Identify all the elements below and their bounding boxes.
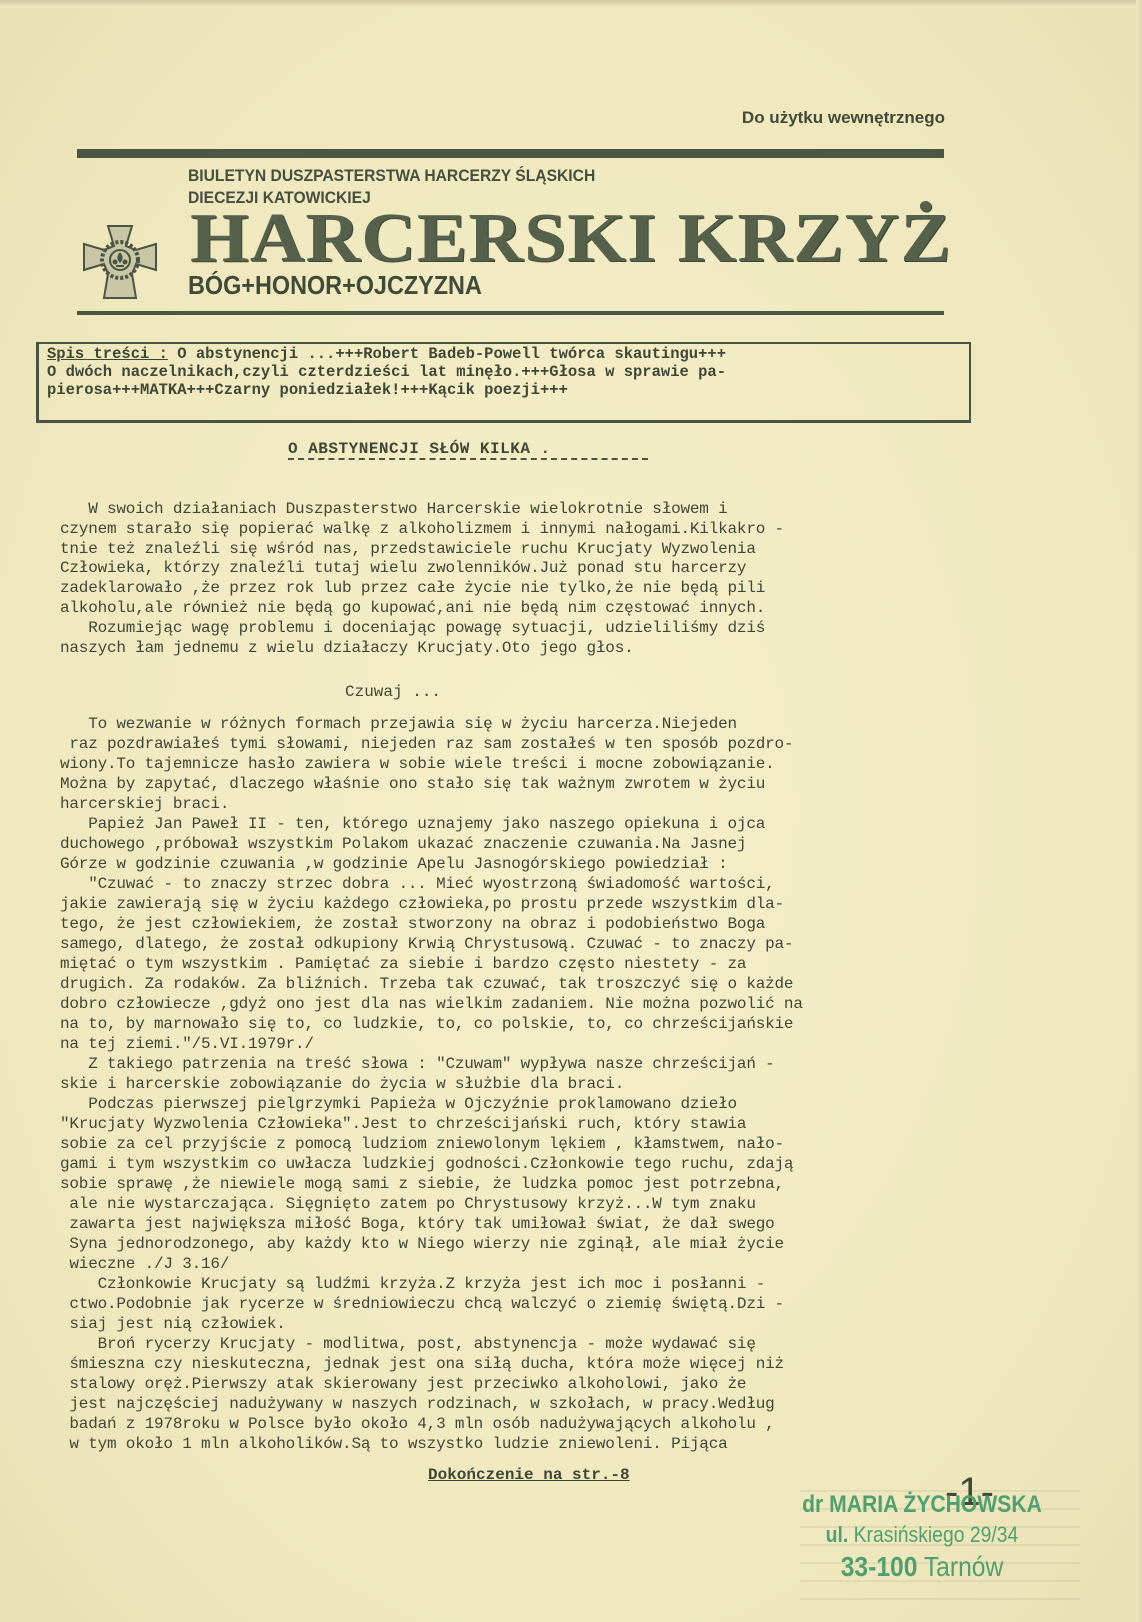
- text-line: ctwo.Podobnie jak rycerze w średniowiecz…: [60, 1294, 980, 1314]
- stamp-city: 33-100 Tarnów: [790, 1550, 1054, 1584]
- text-line: na tej ziemi."/5.VI.1979r./: [60, 1034, 980, 1054]
- text-line: wieczne ./J 3.16/: [60, 1254, 980, 1274]
- address-stamp: dr MARIA ŻYCHOWSKA ul. Krasińskiego 29/3…: [790, 1490, 1054, 1584]
- text-line: tego, że jest człowiekiem, że został stw…: [60, 914, 980, 934]
- text-line: Człowieka, którzy znaleźli tutaj wielu z…: [60, 559, 980, 579]
- text-line: Członkowie Krucjaty są ludźmi krzyża.Z k…: [60, 1274, 980, 1294]
- stamp-name: dr MARIA ŻYCHOWSKA: [790, 1490, 1054, 1520]
- stamp-street: ul. Krasińskiego 29/34: [790, 1520, 1054, 1550]
- text-line: skie i harcerskie zobowiązanie do życia …: [60, 1074, 980, 1094]
- header-rule-top: [77, 149, 944, 158]
- text-line: "Czuwać - to znaczy strzec dobra ... Mie…: [60, 874, 980, 894]
- toc-label: Spis treści :: [47, 345, 168, 363]
- stamp-street-address: Krasińskiego 29/34: [854, 1522, 1019, 1547]
- motto: BÓG+HONOR+OJCZYZNA: [188, 270, 482, 301]
- toc-line: pierosa+++MATKA+++Czarny poniedziałek!++…: [47, 381, 568, 399]
- text-line: jakie zawierają się w życiu każdego czło…: [60, 894, 980, 914]
- text-line: sobie za cel przyjście z pomocą ludziom …: [60, 1134, 980, 1154]
- text-line: badań z 1978roku w Polsce było około 4,3…: [60, 1414, 980, 1434]
- text-line: "Krucjaty Wyzwolenia Człowieka".Jest to …: [60, 1114, 980, 1134]
- text-line: siaj jest nią człowiek.: [60, 1314, 980, 1334]
- text-line: dobro człowiecze ,gdyż ono jest dla nas …: [60, 994, 980, 1014]
- table-of-contents: Spis treści : O abstynencji ...+++Robert…: [47, 345, 967, 399]
- continued-on-page-link[interactable]: Dokończenie na str.-8: [428, 1466, 630, 1484]
- text-line: wiony.To tajemnicze hasło zawiera w sobi…: [60, 754, 980, 774]
- text-line: Podczas pierwszej pielgrzymki Papieża w …: [60, 1094, 980, 1114]
- text-line: śmieszna czy nieskuteczna, jednak jest o…: [60, 1354, 980, 1374]
- text-line: raz pozdrawiałeś tymi słowami, niejeden …: [60, 734, 980, 754]
- text-line: duchowego ,próbował wszystkim Polakom uk…: [60, 834, 980, 854]
- text-line: Rozumiejąc wagę problemu i doceniając po…: [60, 619, 980, 639]
- text-line: drugich. Za rodaków. Za bliźnich. Trzeba…: [60, 974, 980, 994]
- masthead-title: HARCERSKI KRZYŻ: [190, 204, 952, 274]
- article-body: To wezwanie w różnych formach przejawia …: [60, 714, 980, 1454]
- text-line: gami i tym wszystkim co uwłacza ludzkiej…: [60, 1154, 980, 1174]
- text-line: Broń rycerzy Krucjaty - modlitwa, post, …: [60, 1334, 980, 1354]
- bulletin-line-1: BIULETYN DUSZPASTERSTWA HARCERZY ŚLĄSKIC…: [188, 166, 595, 186]
- text-line: sobie sprawę ,że niewiele mogą sami z si…: [60, 1174, 980, 1194]
- text-line: alkoholu,ale również nie będą go kupować…: [60, 599, 980, 619]
- paper-top-edge: [0, 0, 1142, 8]
- text-line: naszych łam jednemu z wielu działaczy Kr…: [60, 639, 980, 659]
- stamp-postal-code: 33-100: [841, 1551, 918, 1582]
- stamp-street-prefix: ul.: [826, 1522, 849, 1547]
- text-line: samego, dlatego, że został odkupiony Krw…: [60, 934, 980, 954]
- header-rule-bottom: [77, 311, 944, 315]
- text-line: Górze w godzinie czuwania ,w godzinie Ap…: [60, 854, 980, 874]
- text-line: czynem starało się popierać walkę z alko…: [60, 520, 980, 540]
- toc-line: O abstynencji ...+++Robert Badeb-Powell …: [168, 345, 726, 363]
- article-intro: W swoich działaniach Duszpasterstwo Harc…: [60, 500, 980, 658]
- text-line: tnie też znaleźli się wśród nas, przedst…: [60, 540, 980, 560]
- toc-line: O dwóch naczelnikach,czyli czterdzieści …: [47, 363, 726, 381]
- text-line: Z takiego patrzenia na treść słowa : "Cz…: [60, 1054, 980, 1074]
- article-title: O ABSTYNENCJI SŁÓW KILKA .: [288, 440, 551, 458]
- scout-cross-icon: [80, 222, 160, 302]
- text-line: Papież Jan Paweł II - ten, którego uznaj…: [60, 814, 980, 834]
- text-line: harcerskiej braci.: [60, 794, 980, 814]
- text-line: w tym około 1 mln alkoholików.Są to wszy…: [60, 1434, 980, 1454]
- paper-right-edge: [1136, 0, 1142, 1622]
- text-line: zadeklarowało ,że przez rok lub przez ca…: [60, 579, 980, 599]
- text-line: stalowy oręż.Pierwszy atak skierowany je…: [60, 1374, 980, 1394]
- stamp-city-name: Tarnów: [924, 1551, 1003, 1582]
- text-line: zawarta jest największa miłość Boga, któ…: [60, 1214, 980, 1234]
- text-line: Można by zapytać, dlaczego właśnie ono s…: [60, 774, 980, 794]
- text-line: Syna jednorodzonego, aby każdy kto w Nie…: [60, 1234, 980, 1254]
- text-line: W swoich działaniach Duszpasterstwo Harc…: [60, 500, 980, 520]
- internal-use-notice: Do użytku wewnętrznego: [670, 108, 945, 128]
- text-line: miętać o tym wszystkim . Pamiętać za sie…: [60, 954, 980, 974]
- text-line: na to, by marnowało się to, co ludzkie, …: [60, 1014, 980, 1034]
- article-subheading: Czuwaj ...: [345, 683, 441, 701]
- text-line: jest najczęściej nadużywany w naszych ro…: [60, 1394, 980, 1414]
- text-line: To wezwanie w różnych formach przejawia …: [60, 714, 980, 734]
- title-underline: [288, 458, 648, 460]
- text-line: ale nie wystarczająca. Sięgnięto zatem p…: [60, 1194, 980, 1214]
